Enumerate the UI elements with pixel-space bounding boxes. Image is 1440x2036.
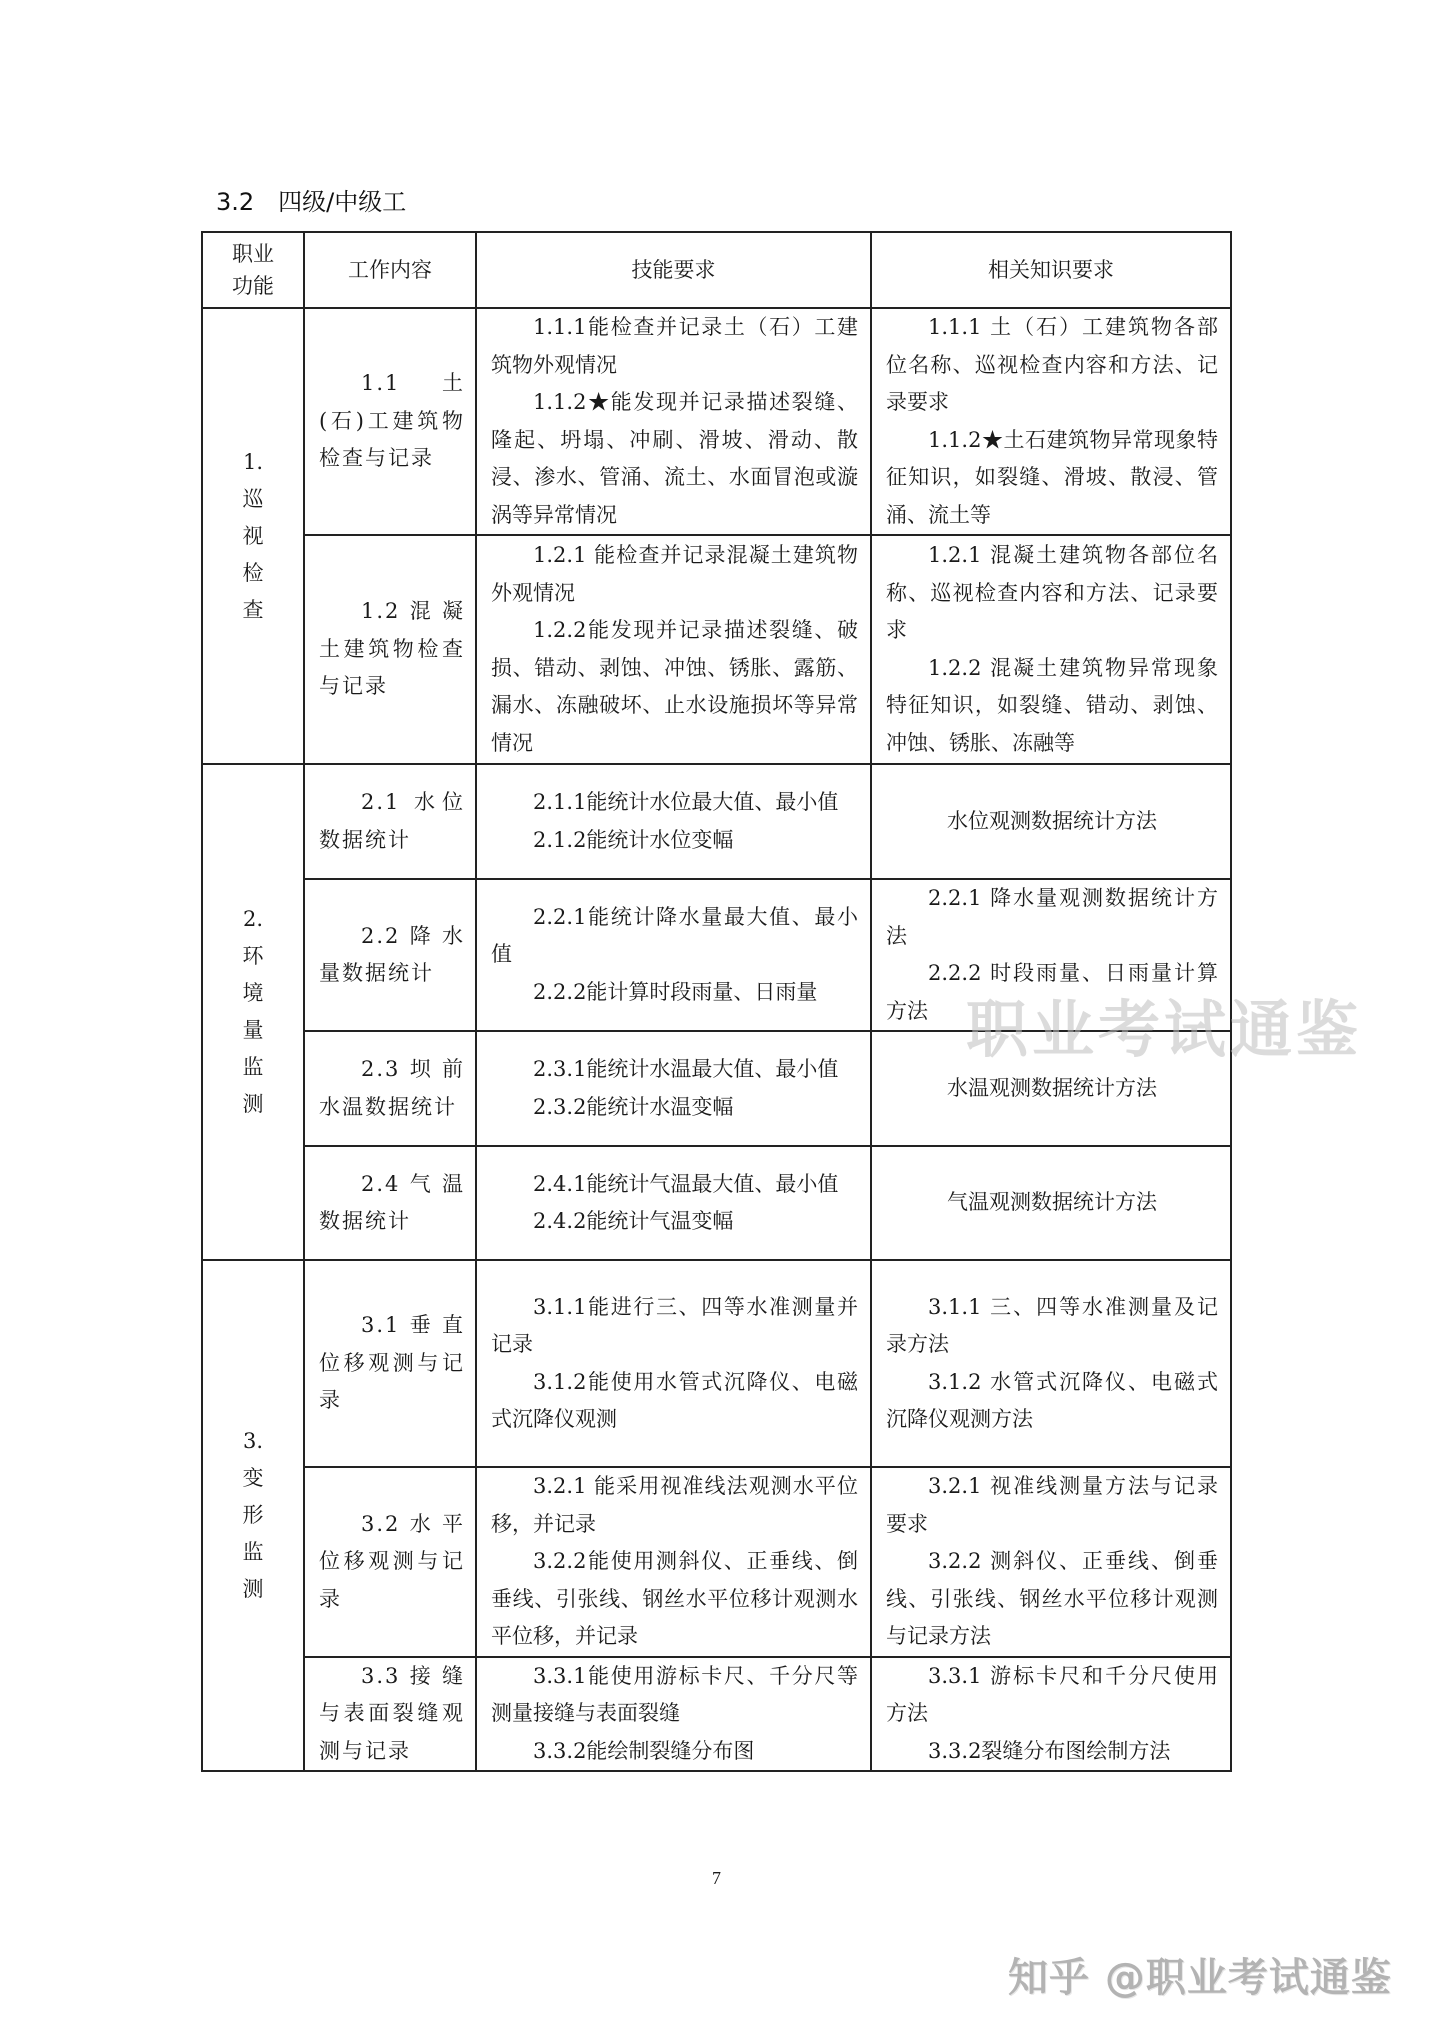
skill-cell: 2.4.1能统计气温最大值、最小值 2.4.2能统计气温变幅 bbox=[476, 1146, 871, 1260]
table-row: 2.4气温数据统计 2.4.1能统计气温最大值、最小值 2.4.2能统计气温变幅… bbox=[202, 1146, 1231, 1260]
function-char: 监 bbox=[203, 1534, 303, 1571]
work-text: 2.2降水量数据统计 bbox=[319, 918, 465, 993]
knowledge-item: 1.2.2 混凝土建筑物异常现象特征知识，如裂缝、错动、剥蚀、冲蚀、锈胀、冻融等 bbox=[886, 650, 1218, 763]
skill-item: 3.1.2能使用水管式沉降仪、电磁式沉降仪观测 bbox=[491, 1364, 858, 1439]
table-row: 3.2水平位移观测与记录 3.2.1 能采用视准线法观测水平位移，并记录 3.2… bbox=[202, 1467, 1231, 1657]
knowledge-cell: 水位观测数据统计方法 bbox=[871, 764, 1231, 879]
work-text: 1.2混凝土建筑物检查与记录 bbox=[319, 593, 465, 706]
function-cell: 3. 变 形 监 测 bbox=[202, 1260, 304, 1771]
skill-cell: 3.2.1 能采用视准线法观测水平位移，并记录 3.2.2能使用测斜仪、正垂线、… bbox=[476, 1467, 871, 1657]
work-cell: 2.1 水位数据统计 bbox=[304, 764, 476, 879]
skill-cell: 2.2.1能统计降水量最大值、最小值 2.2.2能计算时段雨量、日雨量 bbox=[476, 879, 871, 1031]
page-number: 7 bbox=[712, 1866, 721, 1890]
skill-cell: 1.1.1能检查并记录土（石）工建筑物外观情况 1.1.2★能发现并记录描述裂缝… bbox=[476, 308, 871, 535]
table-row: 2. 环 境 量 监 测 2.1 水位数据统计 2.1.1能统计水位最大值、最小… bbox=[202, 764, 1231, 879]
work-text: 3.3接缝与表面裂缝观测与记录 bbox=[319, 1658, 465, 1771]
knowledge-item: 2.2.1 降水量观测数据统计方法 bbox=[886, 880, 1218, 955]
knowledge-cell: 1.1.1 土（石）工建筑物各部位名称、巡视检查内容和方法、记录要求 1.1.2… bbox=[871, 308, 1231, 535]
skill-item: 2.2.2能计算时段雨量、日雨量 bbox=[491, 974, 858, 1012]
knowledge-cell: 3.2.1 视准线测量方法与记录要求 3.2.2 测斜仪、正垂线、倒垂线、引张线… bbox=[871, 1467, 1231, 1657]
function-char: 视 bbox=[203, 518, 303, 555]
knowledge-item: 1.1.2★土石建筑物异常现象特征知识，如裂缝、滑坡、散浸、管涌、流土等 bbox=[886, 422, 1218, 535]
table-header-row: 职业 功能 工作内容 技能要求 相关知识要求 bbox=[202, 232, 1231, 308]
function-char: 境 bbox=[203, 975, 303, 1012]
skill-item: 1.2.2能发现并记录描述裂缝、破损、错动、剥蚀、冲蚀、锈胀、露筋、漏水、冻融破… bbox=[491, 612, 858, 762]
skill-item: 2.3.1能统计水温最大值、最小值 bbox=[491, 1051, 858, 1089]
knowledge-item: 3.2.1 视准线测量方法与记录要求 bbox=[886, 1468, 1218, 1543]
table-row: 2.3坝前水温数据统计 2.3.1能统计水温最大值、最小值 2.3.2能统计水温… bbox=[202, 1031, 1231, 1146]
table-row: 2.2降水量数据统计 2.2.1能统计降水量最大值、最小值 2.2.2能计算时段… bbox=[202, 879, 1231, 1031]
knowledge-item: 气温观测数据统计方法 bbox=[886, 1184, 1218, 1222]
header-work: 工作内容 bbox=[304, 232, 476, 308]
function-char: 1. bbox=[203, 444, 303, 481]
function-cell: 1. 巡 视 检 查 bbox=[202, 308, 304, 764]
skill-item: 2.2.1能统计降水量最大值、最小值 bbox=[491, 899, 858, 974]
knowledge-item: 1.2.1 混凝土建筑物各部位名称、巡视检查内容和方法、记录要求 bbox=[886, 537, 1218, 650]
header-knowledge: 相关知识要求 bbox=[871, 232, 1231, 308]
function-char: 测 bbox=[203, 1086, 303, 1123]
skill-cell: 2.3.1能统计水温最大值、最小值 2.3.2能统计水温变幅 bbox=[476, 1031, 871, 1146]
knowledge-item: 3.1.1 三、四等水准测量及记录方法 bbox=[886, 1289, 1218, 1364]
skill-item: 3.2.2能使用测斜仪、正垂线、倒垂线、引张线、钢丝水平位移计观测水平位移，并记… bbox=[491, 1543, 858, 1656]
knowledge-item: 3.3.1 游标卡尺和千分尺使用方法 bbox=[886, 1658, 1218, 1733]
function-char: 变 bbox=[203, 1460, 303, 1497]
work-text: 2.1 水位数据统计 bbox=[319, 784, 465, 859]
function-char: 检 bbox=[203, 555, 303, 592]
table-row: 3.3接缝与表面裂缝观测与记录 3.3.1能使用游标卡尺、千分尺等测量接缝与表面… bbox=[202, 1657, 1231, 1772]
knowledge-item: 3.2.2 测斜仪、正垂线、倒垂线、引张线、钢丝水平位移计观测与记录方法 bbox=[886, 1543, 1218, 1656]
work-text: 2.4气温数据统计 bbox=[319, 1166, 465, 1241]
work-cell: 2.3坝前水温数据统计 bbox=[304, 1031, 476, 1146]
watermark-bottom: 知乎 @职业考试通鉴 bbox=[1008, 1954, 1392, 2002]
work-cell: 1.1土(石)工建筑物检查与记录 bbox=[304, 308, 476, 535]
knowledge-item: 2.2.2 时段雨量、日雨量计算方法 bbox=[886, 955, 1218, 1030]
knowledge-item: 3.3.2裂缝分布图绘制方法 bbox=[886, 1733, 1218, 1771]
skill-item: 2.4.1能统计气温最大值、最小值 bbox=[491, 1166, 858, 1204]
header-function: 职业 功能 bbox=[202, 232, 304, 308]
header-skill: 技能要求 bbox=[476, 232, 871, 308]
skill-item: 2.4.2能统计气温变幅 bbox=[491, 1203, 858, 1241]
table-row: 3. 变 形 监 测 3.1垂直位移观测与记录 3.1.1能进行三、四等水准测量… bbox=[202, 1260, 1231, 1467]
header-function-line: 功能 bbox=[203, 270, 303, 302]
skill-item: 1.1.2★能发现并记录描述裂缝、隆起、坍塌、冲刷、滑坡、滑动、散浸、渗水、管涌… bbox=[491, 384, 858, 534]
skill-cell: 1.2.1 能检查并记录混凝土建筑物外观情况 1.2.2能发现并记录描述裂缝、破… bbox=[476, 535, 871, 764]
skill-item: 1.2.1 能检查并记录混凝土建筑物外观情况 bbox=[491, 537, 858, 612]
function-char: 2. bbox=[203, 901, 303, 938]
knowledge-cell: 气温观测数据统计方法 bbox=[871, 1146, 1231, 1260]
knowledge-item: 1.1.1 土（石）工建筑物各部位名称、巡视检查内容和方法、记录要求 bbox=[886, 309, 1218, 422]
skill-item: 3.3.1能使用游标卡尺、千分尺等测量接缝与表面裂缝 bbox=[491, 1658, 858, 1733]
skill-item: 3.2.1 能采用视准线法观测水平位移，并记录 bbox=[491, 1468, 858, 1543]
knowledge-cell: 3.3.1 游标卡尺和千分尺使用方法 3.3.2裂缝分布图绘制方法 bbox=[871, 1657, 1231, 1772]
work-cell: 3.3接缝与表面裂缝观测与记录 bbox=[304, 1657, 476, 1772]
requirements-table: 职业 功能 工作内容 技能要求 相关知识要求 1. 巡 视 检 查 1.1土(石… bbox=[201, 231, 1232, 1772]
function-cell: 2. 环 境 量 监 测 bbox=[202, 764, 304, 1260]
skill-item: 3.3.2能绘制裂缝分布图 bbox=[491, 1733, 858, 1771]
function-char: 查 bbox=[203, 592, 303, 629]
knowledge-item: 3.1.2 水管式沉降仪、电磁式沉降仪观测方法 bbox=[886, 1364, 1218, 1439]
work-text: 3.1垂直位移观测与记录 bbox=[319, 1307, 465, 1420]
work-text: 3.2水平位移观测与记录 bbox=[319, 1506, 465, 1619]
skill-cell: 2.1.1能统计水位最大值、最小值 2.1.2能统计水位变幅 bbox=[476, 764, 871, 879]
skill-cell: 3.3.1能使用游标卡尺、千分尺等测量接缝与表面裂缝 3.3.2能绘制裂缝分布图 bbox=[476, 1657, 871, 1772]
work-text: 2.3坝前水温数据统计 bbox=[319, 1051, 465, 1126]
knowledge-cell: 1.2.1 混凝土建筑物各部位名称、巡视检查内容和方法、记录要求 1.2.2 混… bbox=[871, 535, 1231, 764]
function-char: 巡 bbox=[203, 481, 303, 518]
function-char: 量 bbox=[203, 1012, 303, 1049]
knowledge-cell: 水温观测数据统计方法 bbox=[871, 1031, 1231, 1146]
table-row: 1.2混凝土建筑物检查与记录 1.2.1 能检查并记录混凝土建筑物外观情况 1.… bbox=[202, 535, 1231, 764]
knowledge-cell: 3.1.1 三、四等水准测量及记录方法 3.1.2 水管式沉降仪、电磁式沉降仪观… bbox=[871, 1260, 1231, 1467]
function-char: 形 bbox=[203, 1497, 303, 1534]
work-cell: 3.2水平位移观测与记录 bbox=[304, 1467, 476, 1657]
function-char: 监 bbox=[203, 1049, 303, 1086]
work-cell: 3.1垂直位移观测与记录 bbox=[304, 1260, 476, 1467]
skill-item: 2.1.1能统计水位最大值、最小值 bbox=[491, 784, 858, 822]
knowledge-item: 水位观测数据统计方法 bbox=[886, 803, 1218, 841]
function-char: 测 bbox=[203, 1571, 303, 1608]
work-text: 1.1土(石)工建筑物检查与记录 bbox=[319, 365, 465, 478]
skill-item: 2.1.2能统计水位变幅 bbox=[491, 822, 858, 860]
knowledge-cell: 2.2.1 降水量观测数据统计方法 2.2.2 时段雨量、日雨量计算方法 bbox=[871, 879, 1231, 1031]
skill-item: 2.3.2能统计水温变幅 bbox=[491, 1089, 858, 1127]
header-function-line: 职业 bbox=[203, 238, 303, 270]
skill-item: 3.1.1能进行三、四等水准测量并记录 bbox=[491, 1289, 858, 1364]
table-row: 1. 巡 视 检 查 1.1土(石)工建筑物检查与记录 1.1.1能检查并记录土… bbox=[202, 308, 1231, 535]
skill-item: 1.1.1能检查并记录土（石）工建筑物外观情况 bbox=[491, 309, 858, 384]
work-cell: 2.2降水量数据统计 bbox=[304, 879, 476, 1031]
work-cell: 2.4气温数据统计 bbox=[304, 1146, 476, 1260]
section-title: 3.2 四级/中级工 bbox=[216, 186, 406, 218]
function-char: 环 bbox=[203, 938, 303, 975]
work-cell: 1.2混凝土建筑物检查与记录 bbox=[304, 535, 476, 764]
knowledge-item: 水温观测数据统计方法 bbox=[886, 1070, 1218, 1108]
skill-cell: 3.1.1能进行三、四等水准测量并记录 3.1.2能使用水管式沉降仪、电磁式沉降… bbox=[476, 1260, 871, 1467]
function-char: 3. bbox=[203, 1423, 303, 1460]
